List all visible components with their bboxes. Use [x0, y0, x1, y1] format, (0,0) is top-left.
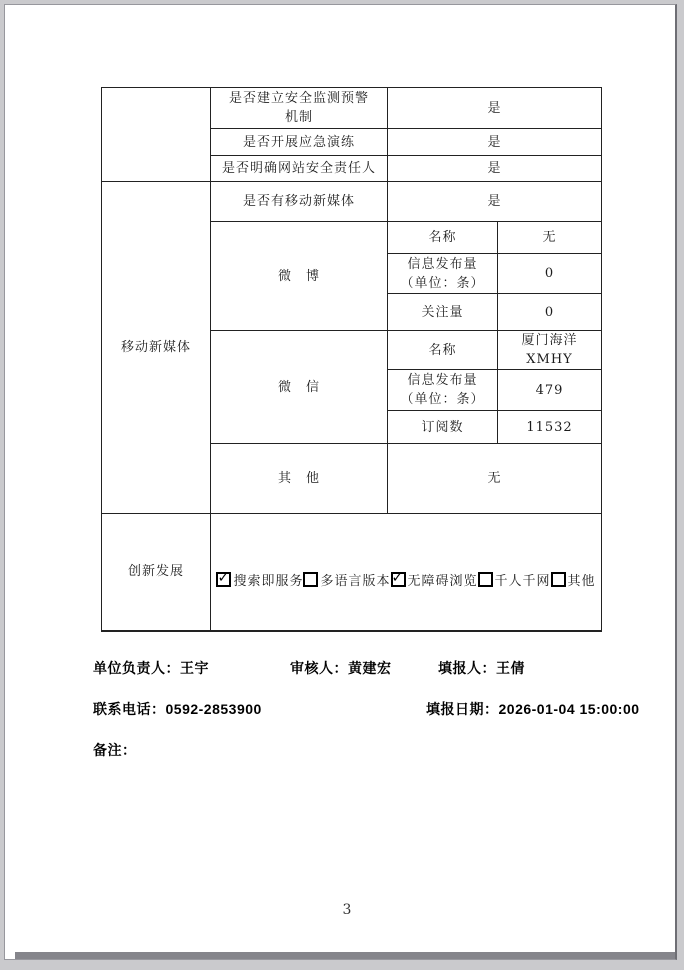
weibo-name-label: 名称 [388, 222, 498, 254]
checkbox-multilingual-icon [303, 572, 318, 587]
checkbox-accessibility-icon [391, 572, 406, 587]
question-emergency-drill: 是否开展应急演练 [211, 129, 388, 156]
option-label: 搜索即服务 [233, 574, 303, 589]
answer-has-mobile-media: 是 [388, 182, 602, 222]
footer-label: 备注： [93, 742, 137, 758]
footer-value: 王倩 [496, 660, 525, 676]
table-row: 创新发展 搜索即服务多语言版本无障碍浏览千人千网其他 [102, 514, 602, 631]
footer-remarks: 备注： [93, 740, 137, 760]
option-label: 千人千网 [495, 574, 551, 589]
question-security-monitoring: 是否建立安全监测预警 机制 [211, 88, 388, 129]
weibo-name-value: 无 [498, 222, 602, 254]
footer-fill-date: 填报日期：2026-01-04 15:00:00 [426, 699, 640, 719]
label-other-media: 其 他 [211, 444, 388, 514]
wechat-subscribers-label: 订阅数 [388, 411, 498, 444]
checkbox-personalized-icon [478, 572, 493, 587]
footer-unit-head: 单位负责人：王宇 [93, 658, 209, 678]
question-has-mobile-media: 是否有移动新媒体 [211, 182, 388, 222]
page-bottom-edge [15, 952, 675, 959]
label-wechat: 微 信 [211, 331, 388, 444]
footer-filler: 填报人：王倩 [438, 658, 525, 678]
page-number: 3 [5, 902, 684, 918]
table-row: 是否建立安全监测预警 机制 是 [102, 88, 602, 129]
answer-security-monitoring: 是 [388, 88, 602, 129]
footer-phone: 联系电话：0592-2853900 [93, 699, 262, 719]
weibo-posts-label: 信息发布量 （单位：条） [388, 254, 498, 294]
report-table: 是否建立安全监测预警 机制 是 是否开展应急演练 是 是否明确网站安全责任人 是… [101, 87, 602, 632]
section-label-empty [102, 88, 211, 182]
wechat-posts-value: 479 [498, 370, 602, 411]
document-page: 是否建立安全监测预警 机制 是 是否开展应急演练 是 是否明确网站安全责任人 是… [4, 4, 677, 960]
checkbox-other-icon [551, 572, 566, 587]
weibo-followers-value: 0 [498, 294, 602, 331]
checkbox-search-as-service-icon [216, 572, 231, 587]
option-other: 其他 [551, 574, 596, 589]
label-weibo: 微 博 [211, 222, 388, 331]
footer-reviewer: 审核人：黄建宏 [290, 658, 392, 678]
footer-label: 填报人： [438, 660, 496, 676]
innovation-options: 搜索即服务多语言版本无障碍浏览千人千网其他 [211, 514, 602, 631]
footer-label: 审核人： [290, 660, 348, 676]
footer-label: 单位负责人： [93, 660, 180, 676]
option-search-as-service: 搜索即服务 [216, 574, 303, 589]
wechat-posts-label: 信息发布量 （单位：条） [388, 370, 498, 411]
option-label: 其他 [568, 574, 596, 589]
footer-value: 黄建宏 [348, 660, 392, 676]
wechat-name-value: 厦门海洋 XMHY [498, 331, 602, 370]
option-label: 无障碍浏览 [408, 574, 478, 589]
option-accessibility: 无障碍浏览 [391, 574, 478, 589]
footer-value: 0592-2853900 [166, 701, 262, 717]
option-personalized: 千人千网 [478, 574, 551, 589]
section-label-innovation: 创新发展 [102, 514, 211, 631]
question-security-responsible: 是否明确网站安全责任人 [211, 156, 388, 182]
footer-value: 2026-01-04 15:00:00 [499, 701, 640, 717]
answer-security-responsible: 是 [388, 156, 602, 182]
answer-emergency-drill: 是 [388, 129, 602, 156]
weibo-posts-value: 0 [498, 254, 602, 294]
footer-label: 填报日期： [426, 701, 499, 717]
other-media-value: 无 [388, 444, 602, 514]
wechat-subscribers-value: 11532 [498, 411, 602, 444]
section-label-mobile-media: 移动新媒体 [102, 182, 211, 514]
wechat-name-label: 名称 [388, 331, 498, 370]
footer-value: 王宇 [180, 660, 209, 676]
table-row: 移动新媒体 是否有移动新媒体 是 [102, 182, 602, 222]
weibo-followers-label: 关注量 [388, 294, 498, 331]
option-multilingual: 多语言版本 [303, 574, 390, 589]
option-label: 多语言版本 [320, 574, 390, 589]
footer-label: 联系电话： [93, 701, 166, 717]
